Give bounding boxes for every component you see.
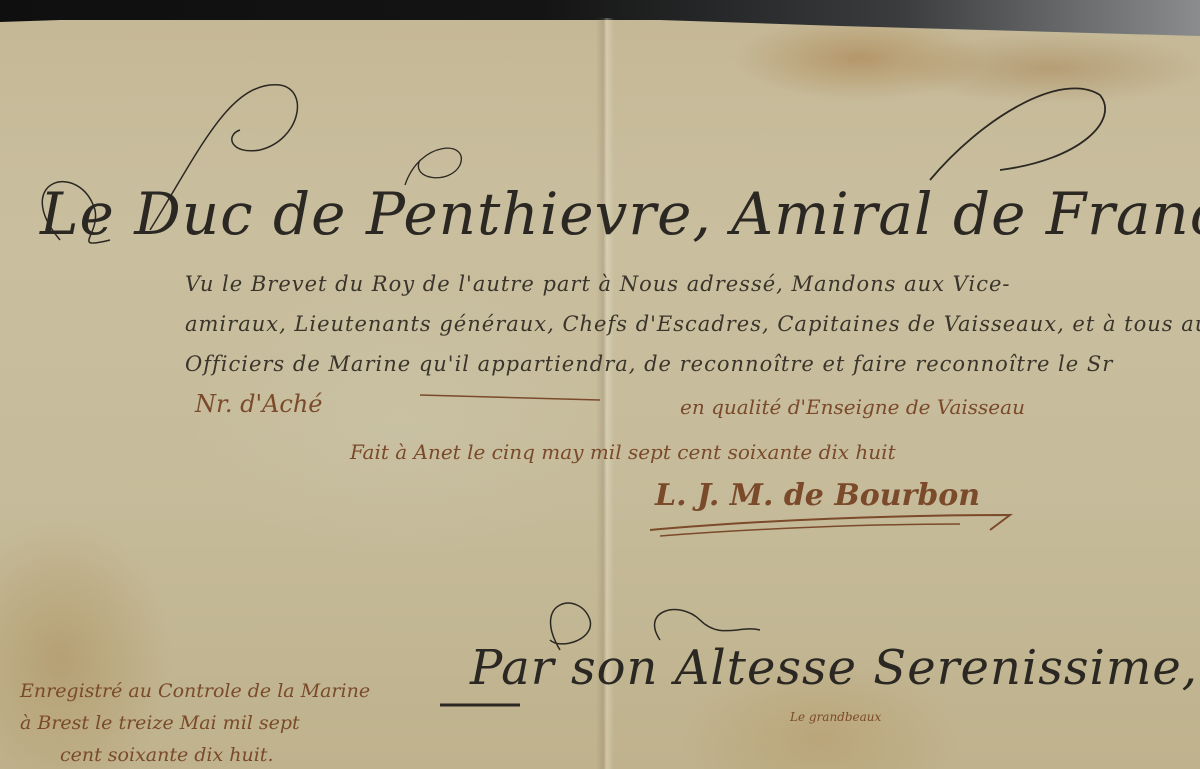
body-line-1: Vu le Brevet du Roy de l'autre part à No… bbox=[185, 272, 1010, 296]
registration-line-1: Enregistré au Controle de la Marine bbox=[20, 680, 370, 702]
registration-line-2: à Brest le treize Mai mil sept bbox=[20, 712, 300, 734]
document-heading: Le Duc de Penthievre, Amiral de France. bbox=[40, 180, 1200, 248]
body-line-2: amiraux, Lieutenants généraux, Chefs d'E… bbox=[185, 312, 1200, 336]
secretary-signature: Le grandbeaux bbox=[790, 710, 881, 724]
body-line-3: Officiers de Marine qu'il appartiendra, … bbox=[185, 352, 1113, 376]
closing-formula: Par son Altesse Serenissime, bbox=[470, 640, 1198, 696]
registration-line-3: cent soixante dix huit. bbox=[60, 744, 273, 766]
dated-line: Fait à Anet le cinq may mil sept cent so… bbox=[350, 440, 896, 464]
rank-field: en qualité d'Enseigne de Vaisseau bbox=[680, 395, 1025, 419]
admiral-signature: L. J. M. de Bourbon bbox=[655, 478, 980, 513]
name-field: Nr. d'Aché bbox=[195, 390, 323, 418]
